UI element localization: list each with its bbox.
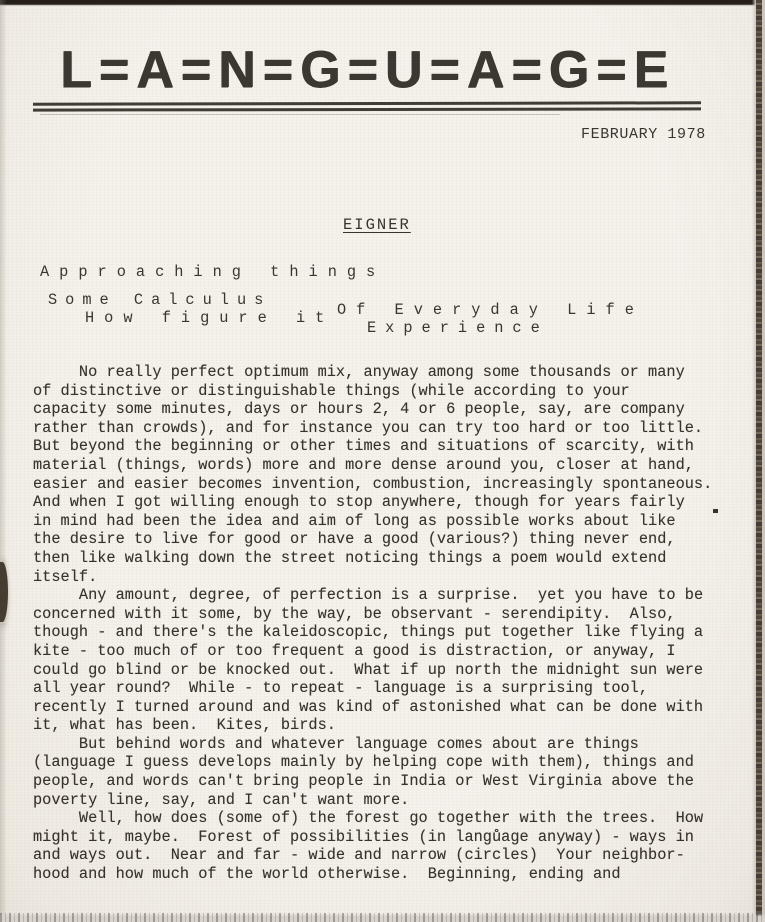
article-title-right-line-1: Of Everyday Life [337,301,644,319]
paragraph-3: But behind words and whatever language c… [33,735,743,809]
article-title-right-line-2: Experience [367,319,549,337]
author-heading: EIGNER [343,216,411,234]
scan-edge-bottom [0,913,765,922]
article-title-line-3: How figure it [85,309,334,327]
scan-edge-right-line [756,0,762,922]
paragraph-1: No really perfect optimum mix, anyway am… [33,363,743,586]
paragraph-4: Well, how does (some of) the forest go t… [33,809,743,883]
article-title-line-2: Some Calculus [48,291,271,309]
ink-speck [713,509,718,513]
paragraph-2: Any amount, degree, of perfection is a s… [33,586,743,735]
magazine-logo: L=A=N=G=U=A=G=E [60,42,675,99]
scanned-magazine-page: L=A=N=G=U=A=G=E FEBRUARY 1978 EIGNER App… [0,0,765,922]
scan-edge-top [0,0,765,6]
masthead-rule-shadow [40,114,560,115]
masthead-rule-top [33,101,701,105]
article-title-line-1: Approaching things [40,263,385,281]
scan-edge-left [0,0,7,922]
masthead-rule-bottom [33,107,701,111]
article-body: No really perfect optimum mix, anyway am… [33,363,743,884]
issue-date: FEBRUARY 1978 [581,126,706,143]
